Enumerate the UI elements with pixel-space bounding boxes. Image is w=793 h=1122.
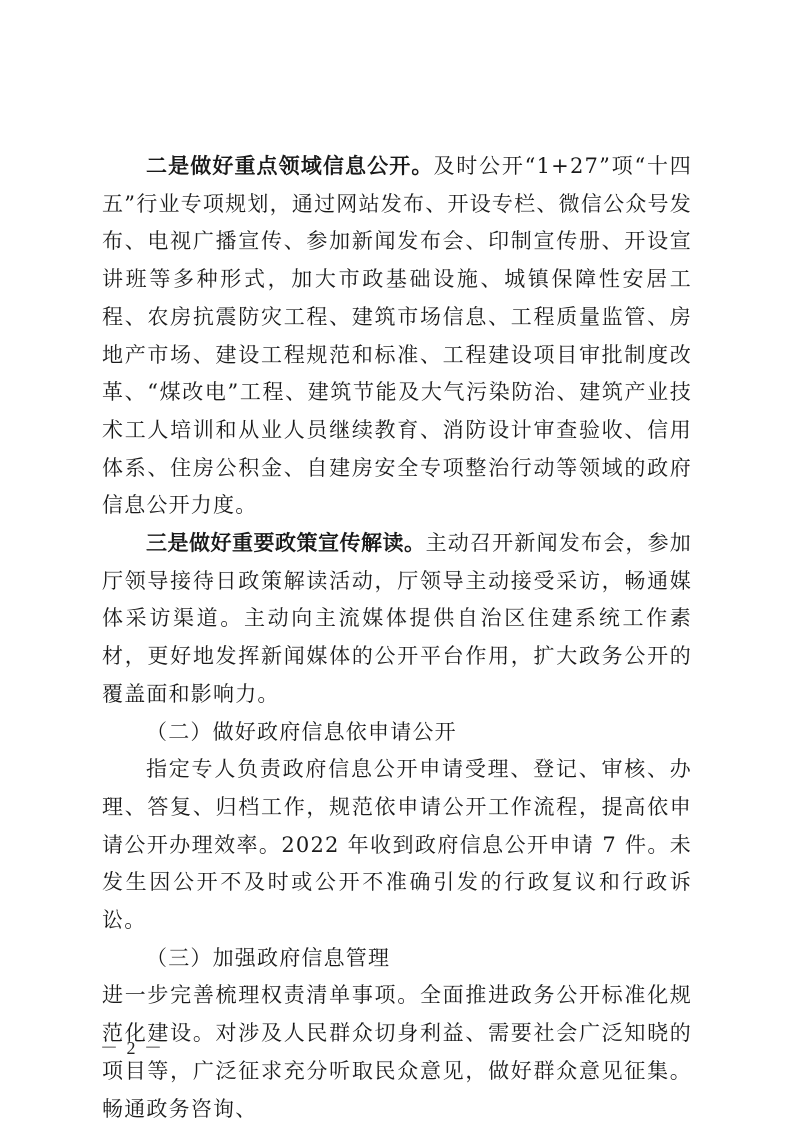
document-page: 二是做好重点领域信息公开。及时公开“1+27”项“十四五”行业专项规划，通过网站… <box>0 0 793 1122</box>
paragraph-key-areas: 二是做好重点领域信息公开。及时公开“1+27”项“十四五”行业专项规划，通过网站… <box>102 148 692 525</box>
section-heading-2: （二）做好政府信息依申请公开 <box>102 714 692 752</box>
paragraph-lead: 三是做好重要政策宣传解读。 <box>146 531 426 555</box>
document-body: 二是做好重点领域信息公开。及时公开“1+27”项“十四五”行业专项规划，通过网站… <box>102 148 692 1122</box>
paragraph-text: 主动召开新闻发布会，参加厅领导接待日政策解读活动，厅领导主动接受采访，畅通媒体采… <box>102 531 692 706</box>
paragraph-lead: 二是做好重点领域信息公开。 <box>146 154 433 178</box>
section-heading-3: （三）加强政府信息管理 <box>102 940 692 978</box>
paragraph-application-disclosure: 指定专人负责政府信息公开申请受理、登记、审核、办理、答复、归档工作，规范依申请公… <box>102 751 692 940</box>
paragraph-policy-interpretation: 三是做好重要政策宣传解读。主动召开新闻发布会，参加厅领导接待日政策解读活动，厅领… <box>102 525 692 714</box>
page-number: － 2 － <box>100 1034 164 1060</box>
paragraph-text: 及时公开“1+27”项“十四五”行业专项规划，通过网站发布、开设专栏、微信公众号… <box>102 154 692 517</box>
paragraph-text: 进一步完善梳理权责清单事项。全面推进政务公开标准化规范化建设。对涉及人民群众切身… <box>102 983 692 1120</box>
paragraph-information-management: 进一步完善梳理权责清单事项。全面推进政务公开标准化规范化建设。对涉及人民群众切身… <box>102 977 692 1122</box>
paragraph-text: 指定专人负责政府信息公开申请受理、登记、审核、办理、答复、归档工作，规范依申请公… <box>102 757 692 932</box>
